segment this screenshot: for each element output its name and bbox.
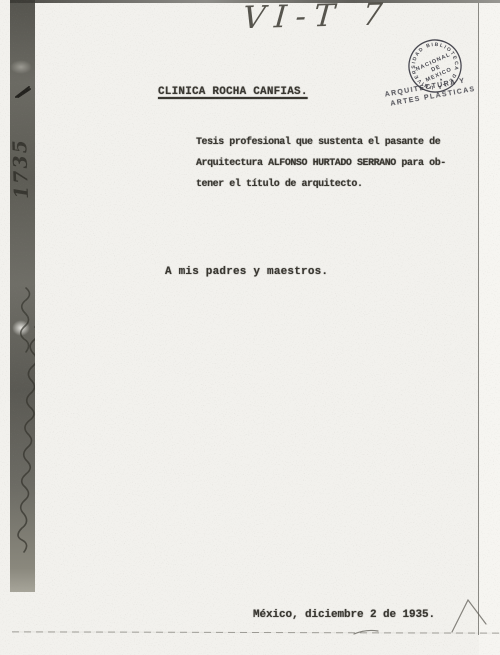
thesis-statement-line3: tener el título de arquitecto. xyxy=(196,174,446,195)
scan-right-margin xyxy=(479,0,500,655)
thesis-statement: Tesis profesional que sustenta el pasant… xyxy=(196,132,446,195)
spine-handwriting-scribble xyxy=(10,0,35,592)
pencil-marks xyxy=(340,588,500,648)
thesis-statement-line2: Arquitectura ALFONSO HURTADO SERRANO par… xyxy=(196,153,446,174)
book-spine-strip: 1735 xyxy=(10,0,35,592)
dedication-line: A mis padres y maestros. xyxy=(165,266,328,278)
thesis-statement-line1: Tesis profesional que sustenta el pasant… xyxy=(196,132,446,153)
handwritten-classmark: VI-T 7 xyxy=(241,0,414,36)
scanned-thesis-title-page: 1735 VI-T 7 BIBLIOTECA DE LA UNIVERSIDAD… xyxy=(0,0,500,655)
thesis-title: CLINICA ROCHA CANFIAS. xyxy=(158,86,308,98)
